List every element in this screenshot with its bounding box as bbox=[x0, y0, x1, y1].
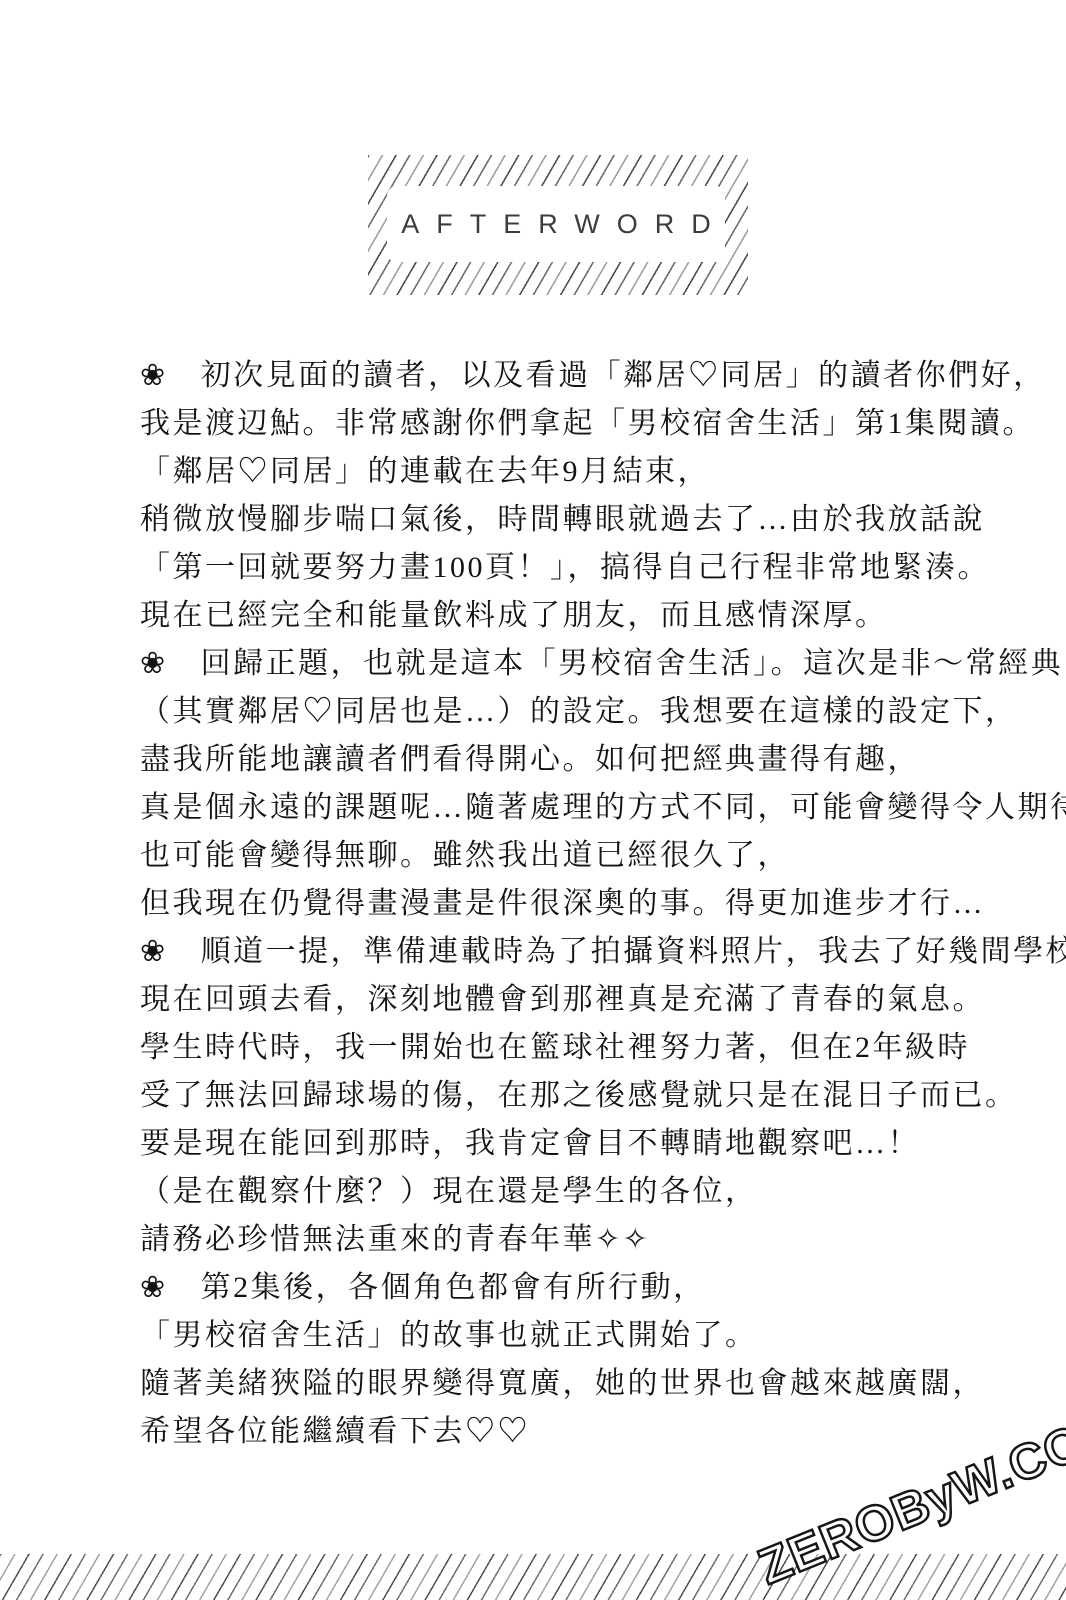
line-text: 「鄰居♡同居」的連載在去年9月結束， bbox=[140, 455, 710, 488]
line-text: 「第一回就要努力畫100頁！」，搞得自己行程非常地緊湊。 bbox=[140, 551, 990, 584]
line-text: 第2集後，各個角色都會有所行動， bbox=[201, 1271, 706, 1304]
flower-icon: ❀ bbox=[140, 928, 168, 976]
line-text: 希望各位能繼續看下去♡♡ bbox=[140, 1415, 530, 1448]
afterword-line: 隨著美緒狹隘的眼界變得寬廣，她的世界也會越來越廣闊， bbox=[140, 1360, 1052, 1408]
flower-icon: ❀ bbox=[140, 640, 168, 688]
afterword-line: 希望各位能繼續看下去♡♡ bbox=[140, 1408, 1052, 1456]
afterword-line: （其實鄰居♡同居也是…）的設定。我想要在這樣的設定下， bbox=[140, 688, 1052, 736]
line-text: 我是渡辺鮎。非常感謝你們拿起「男校宿舍生活」第1集閱讀。 bbox=[140, 407, 1035, 440]
line-text: 回歸正題，也就是這本「男校宿舍生活」。這次是非～常經典 bbox=[201, 647, 1064, 680]
afterword-line: 真是個永遠的課題呢…隨著處理的方式不同，可能會變得令人期待， bbox=[140, 784, 1052, 832]
afterword-line: ❀順道一提，準備連載時為了拍攝資料照片，我去了好幾間學校。 bbox=[140, 928, 1052, 976]
afterword-body: ❀初次見面的讀者，以及看過「鄰居♡同居」的讀者你們好， 我是渡辺鮎。非常感謝你們… bbox=[140, 352, 1052, 1456]
afterword-line: ❀回歸正題，也就是這本「男校宿舍生活」。這次是非～常經典 bbox=[140, 640, 1052, 688]
line-text: 盡我所能地讓讀者們看得開心。如何把經典畫得有趣， bbox=[140, 743, 920, 776]
afterword-line: 請務必珍惜無法重來的青春年華✧✧ bbox=[140, 1216, 1052, 1264]
afterword-line: ❀初次見面的讀者，以及看過「鄰居♡同居」的讀者你們好， bbox=[140, 352, 1052, 400]
afterword-line: 「鄰居♡同居」的連載在去年9月結束， bbox=[140, 448, 1052, 496]
line-text: 稍微放慢腳步喘口氣後，時間轉眼就過去了…由於我放話說 bbox=[140, 503, 985, 536]
afterword-line: ❀第2集後，各個角色都會有所行動， bbox=[140, 1264, 1052, 1312]
line-text: 順道一提，準備連載時為了拍攝資料照片，我去了好幾間學校。 bbox=[201, 935, 1066, 968]
line-text: 也可能會變得無聊。雖然我出道已經很久了， bbox=[140, 839, 790, 872]
afterword-header-panel: AFTERWORD bbox=[387, 186, 725, 262]
line-text: 隨著美緒狹隘的眼界變得寬廣，她的世界也會越來越廣闊， bbox=[140, 1367, 985, 1400]
line-text: 要是現在能回到那時，我肯定會目不轉睛地觀察吧…！ bbox=[140, 1127, 920, 1160]
line-text: 受了無法回歸球場的傷，在那之後感覺就只是在混日子而已。 bbox=[140, 1079, 1018, 1112]
afterword-line: 稍微放慢腳步喘口氣後，時間轉眼就過去了…由於我放話說 bbox=[140, 496, 1052, 544]
afterword-line: 但我現在仍覺得畫漫畫是件很深奧的事。得更加進步才行… bbox=[140, 880, 1052, 928]
afterword-line: （是在觀察什麼？）現在還是學生的各位， bbox=[140, 1168, 1052, 1216]
afterword-line: 要是現在能回到那時，我肯定會目不轉睛地觀察吧…！ bbox=[140, 1120, 1052, 1168]
afterword-line: 「男校宿舍生活」的故事也就正式開始了。 bbox=[140, 1312, 1052, 1360]
line-text: （是在觀察什麼？）現在還是學生的各位， bbox=[140, 1175, 758, 1208]
afterword-line: 現在已經完全和能量飲料成了朋友，而且感情深厚。 bbox=[140, 592, 1052, 640]
afterword-line: 「第一回就要努力畫100頁！」，搞得自己行程非常地緊湊。 bbox=[140, 544, 1052, 592]
afterword-line: 我是渡辺鮎。非常感謝你們拿起「男校宿舍生活」第1集閱讀。 bbox=[140, 400, 1052, 448]
afterword-line: 受了無法回歸球場的傷，在那之後感覺就只是在混日子而已。 bbox=[140, 1072, 1052, 1120]
flower-icon: ❀ bbox=[140, 1264, 168, 1312]
flower-icon: ❀ bbox=[140, 352, 168, 400]
afterword-page: AFTERWORD ❀初次見面的讀者，以及看過「鄰居♡同居」的讀者你們好， 我是… bbox=[0, 0, 1066, 1600]
afterword-line: 盡我所能地讓讀者們看得開心。如何把經典畫得有趣， bbox=[140, 736, 1052, 784]
line-text: 但我現在仍覺得畫漫畫是件很深奧的事。得更加進步才行… bbox=[140, 887, 985, 920]
afterword-line: 也可能會變得無聊。雖然我出道已經很久了， bbox=[140, 832, 1052, 880]
line-text: 現在回頭去看，深刻地體會到那裡真是充滿了青春的氣息。 bbox=[140, 983, 985, 1016]
afterword-line: 學生時代時，我一開始也在籃球社裡努力著，但在2年級時 bbox=[140, 1024, 1052, 1072]
line-text: 學生時代時，我一開始也在籃球社裡努力著，但在2年級時 bbox=[140, 1031, 970, 1064]
line-text: 請務必珍惜無法重來的青春年華✧✧ bbox=[140, 1223, 650, 1256]
bottom-hatch-strip bbox=[0, 1554, 1066, 1600]
line-text: 現在已經完全和能量飲料成了朋友，而且感情深厚。 bbox=[140, 599, 888, 632]
afterword-line: 現在回頭去看，深刻地體會到那裡真是充滿了青春的氣息。 bbox=[140, 976, 1052, 1024]
line-text: 「男校宿舍生活」的故事也就正式開始了。 bbox=[140, 1319, 758, 1352]
page-title: AFTERWORD bbox=[384, 209, 728, 240]
afterword-header-hatch-border: AFTERWORD bbox=[368, 155, 748, 295]
line-text: 真是個永遠的課題呢…隨著處理的方式不同，可能會變得令人期待， bbox=[140, 791, 1066, 824]
line-text: （其實鄰居♡同居也是…）的設定。我想要在這樣的設定下， bbox=[140, 695, 1018, 728]
line-text: 初次見面的讀者，以及看過「鄰居♡同居」的讀者你們好， bbox=[201, 359, 1046, 392]
